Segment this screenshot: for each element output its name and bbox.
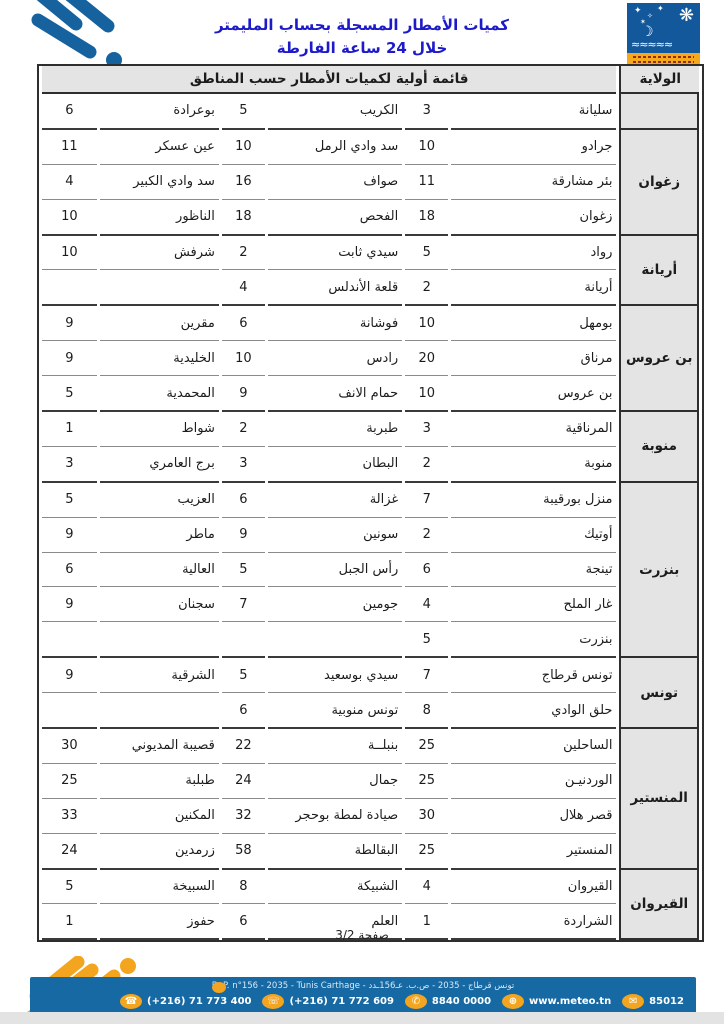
station-name: طبلبة	[100, 764, 219, 799]
rain-value: 25	[405, 729, 448, 764]
rain-value: 2	[222, 412, 265, 447]
wilaya-cell: تونس	[619, 658, 699, 729]
rain-value: 9	[42, 518, 97, 553]
station-name: حلق الوادي	[451, 693, 616, 729]
rain-value: 6	[222, 306, 265, 341]
footer-contact-text: 85012	[649, 996, 684, 1007]
rain-value: 7	[222, 587, 265, 622]
table-row: المنستيرالساحلين25بنبلــة22قصيبة المديون…	[42, 729, 699, 764]
station-name: البقالطة	[268, 834, 402, 870]
rain-value: 22	[222, 729, 265, 764]
rain-value: 9	[42, 587, 97, 622]
station-name: سيدي ثابت	[268, 236, 402, 271]
table-row: بن عروسبومهل10فوشانة6مقرين9	[42, 306, 699, 341]
page-bottom-edge	[0, 1012, 724, 1024]
rain-value: 9	[42, 341, 97, 376]
rain-value: 5	[42, 870, 97, 905]
station-name: بئر مشارقة	[451, 165, 616, 200]
rain-value: 9	[42, 658, 97, 693]
rain-value: 4	[405, 587, 448, 622]
wilaya-cell: بنزرت	[619, 483, 699, 658]
wilaya-cell: المنستير	[619, 729, 699, 870]
table-row: المنستير25البقالطة58زرمدين24	[42, 834, 699, 870]
table-row: أريانة2قلعة الأندلس4	[42, 270, 699, 306]
title-line-1: كميات الأمطار المسجلة بحساب المليمتر	[0, 14, 724, 37]
station-name: طبربة	[268, 412, 402, 447]
station-name	[100, 270, 219, 306]
rain-value: 7	[405, 658, 448, 693]
rain-value: 11	[405, 165, 448, 200]
station-name: القيروان	[451, 870, 616, 905]
rain-value: 9	[42, 306, 97, 341]
rain-value: 5	[42, 376, 97, 412]
rain-value: 32	[222, 799, 265, 834]
station-name: قلعة الأندلس	[268, 270, 402, 306]
station-name: قصيبة المديوني	[100, 729, 219, 764]
globe-icon: ⊕	[502, 994, 524, 1009]
rain-table-frame: الولاية قائمة أولية لكميات الأمطار حسب ا…	[37, 64, 704, 942]
station-name: تونس منوبية	[268, 693, 402, 729]
rain-value: 6	[42, 94, 97, 130]
station-name	[268, 622, 402, 658]
rain-value: 18	[405, 200, 448, 236]
rain-value: 8	[405, 693, 448, 729]
document-page: ✦ ✧ ✦ ✶ ❋ ☽ ≈≈≈≈≈ كميات الأمطار المسجلة …	[0, 0, 724, 1024]
station-name: سد وادي الكبير	[100, 165, 219, 200]
station-name: بن عروس	[451, 376, 616, 412]
mailbox-icon: ✉	[622, 994, 644, 1009]
table-row: سليانة3الكريب5بوعرادة6	[42, 94, 699, 130]
station-name: غزالة	[268, 483, 402, 518]
station-name: شواط	[100, 412, 219, 447]
rain-value: 5	[222, 94, 265, 130]
rain-value: 5	[405, 622, 448, 658]
station-name: العزيب	[100, 483, 219, 518]
rain-value: 4	[42, 165, 97, 200]
rain-value: 4	[222, 270, 265, 306]
rain-value: 3	[42, 447, 97, 483]
station-name: المنستير	[451, 834, 616, 870]
rain-table: الولاية قائمة أولية لكميات الأمطار حسب ا…	[39, 66, 702, 940]
station-name: سجنان	[100, 587, 219, 622]
station-name: مقرين	[100, 306, 219, 341]
station-name: شرفش	[100, 236, 219, 271]
table-row: تينجة6رأس الجبل5العالية6	[42, 553, 699, 588]
table-row: زغوان18الفحص18الناظور10	[42, 200, 699, 236]
rain-value: 11	[42, 130, 97, 165]
rain-value: 9	[222, 376, 265, 412]
rain-value: 25	[42, 764, 97, 799]
footer-contact-text: 8840 0000	[432, 996, 491, 1007]
fax-icon: ☏	[262, 994, 284, 1009]
station-name: الفحص	[268, 200, 402, 236]
rain-value: 10	[42, 236, 97, 271]
call-icon: ✆	[405, 994, 427, 1009]
station-name: البطان	[268, 447, 402, 483]
station-name: الكريب	[268, 94, 402, 130]
footer-address: B. P. n°156 - 2035 - Tunis Carthage - تو…	[30, 977, 696, 991]
station-name: رأس الجبل	[268, 553, 402, 588]
footer-contact-item: ☎(+216) 71 773 400	[120, 994, 252, 1009]
station-name: صواف	[268, 165, 402, 200]
table-row: حلق الوادي8تونس منوبية6	[42, 693, 699, 729]
station-name: تينجة	[451, 553, 616, 588]
station-name: الساحلين	[451, 729, 616, 764]
rain-value: 6	[222, 483, 265, 518]
footer-dot-icon	[212, 982, 226, 993]
footer-contact-text: www.meteo.tn	[529, 996, 611, 1007]
station-name	[100, 693, 219, 729]
table-row: منوبةالمرناقية3طبربة2شواط1	[42, 412, 699, 447]
footer-contact-text: (+216) 71 773 400	[147, 996, 252, 1007]
rain-value: 2	[222, 236, 265, 271]
table-row: قصر هلال30صيادة لمطة بوحجر32المكنين33	[42, 799, 699, 834]
footer-contact-text: (+216) 71 772 609	[289, 996, 394, 1007]
rain-value: 7	[405, 483, 448, 518]
rain-value: 24	[222, 764, 265, 799]
phone-icon: ☎	[120, 994, 142, 1009]
rain-value	[42, 622, 97, 658]
table-caption: قائمة أولية لكميات الأمطار حسب المناطق	[42, 66, 616, 94]
rain-value: 2	[405, 447, 448, 483]
station-name: مرناق	[451, 341, 616, 376]
rain-value: 6	[405, 553, 448, 588]
table-row: بئر مشارقة11صواف16سد وادي الكبير4	[42, 165, 699, 200]
wilaya-cell: بن عروس	[619, 306, 699, 412]
document-title: كميات الأمطار المسجلة بحساب المليمتر خلا…	[0, 14, 724, 61]
wilaya-cell: زغوان	[619, 130, 699, 236]
table-row: تونستونس قرطاج7سيدي بوسعيد5الشرقية9	[42, 658, 699, 693]
station-name: زغوان	[451, 200, 616, 236]
station-name: حمام الانف	[268, 376, 402, 412]
table-row: بنزرت5	[42, 622, 699, 658]
rain-value: 6	[222, 693, 265, 729]
station-name: غار الملح	[451, 587, 616, 622]
rain-value: 33	[42, 799, 97, 834]
rain-value: 10	[42, 200, 97, 236]
rain-value: 8	[222, 870, 265, 905]
rain-value: 58	[222, 834, 265, 870]
station-name: رادس	[268, 341, 402, 376]
station-name: الخليدية	[100, 341, 219, 376]
station-name: سليانة	[451, 94, 616, 130]
table-row: أوتيك2سونين9ماطر9	[42, 518, 699, 553]
rain-value: 24	[42, 834, 97, 870]
wilaya-cell: أريانة	[619, 236, 699, 307]
rain-value: 4	[405, 870, 448, 905]
station-name: عين عسكر	[100, 130, 219, 165]
rain-value: 6	[42, 553, 97, 588]
station-name: الشرقية	[100, 658, 219, 693]
table-row: غار الملح4جومين7سجنان9	[42, 587, 699, 622]
station-name: بوعرادة	[100, 94, 219, 130]
rain-value: 20	[405, 341, 448, 376]
station-name: سيدي بوسعيد	[268, 658, 402, 693]
table-row: مرناق20رادس10الخليدية9	[42, 341, 699, 376]
station-name: رواد	[451, 236, 616, 271]
rain-value: 5	[222, 553, 265, 588]
station-name: جمال	[268, 764, 402, 799]
station-name: فوشانة	[268, 306, 402, 341]
table-row: منوبة2البطان3برج العامري3	[42, 447, 699, 483]
rain-value: 10	[405, 130, 448, 165]
rain-value: 25	[405, 764, 448, 799]
rain-value: 18	[222, 200, 265, 236]
footer-contact-item: ☏(+216) 71 772 609	[262, 994, 394, 1009]
rain-value: 5	[222, 658, 265, 693]
station-name: بنزرت	[451, 622, 616, 658]
footer-contacts: ☎(+216) 71 773 400☏(+216) 71 772 609✆884…	[30, 991, 696, 1009]
station-name: تونس قرطاج	[451, 658, 616, 693]
footer-contact-item: ✆8840 0000	[405, 994, 491, 1009]
rain-value: 2	[405, 518, 448, 553]
star-icon: ✦	[657, 5, 664, 13]
station-name: الشبيكة	[268, 870, 402, 905]
rain-value: 16	[222, 165, 265, 200]
station-name: منزل بورقيبة	[451, 483, 616, 518]
rain-value: 10	[222, 341, 265, 376]
station-name: أريانة	[451, 270, 616, 306]
station-name: المكنين	[100, 799, 219, 834]
station-name: الوردنيـن	[451, 764, 616, 799]
table-row: بن عروس10حمام الانف9المحمدية5	[42, 376, 699, 412]
wilaya-cell: منوبة	[619, 412, 699, 483]
station-name: بومهل	[451, 306, 616, 341]
rain-value: 30	[405, 799, 448, 834]
station-name: قصر هلال	[451, 799, 616, 834]
wilaya-column-header: الولاية	[619, 66, 699, 94]
station-name: بنبلــة	[268, 729, 402, 764]
station-name: أوتيك	[451, 518, 616, 553]
station-name: الناظور	[100, 200, 219, 236]
station-name: المرناقية	[451, 412, 616, 447]
station-name: جومين	[268, 587, 402, 622]
station-name	[100, 622, 219, 658]
rain-value	[222, 622, 265, 658]
footer-contact-item: ✉85012	[622, 994, 684, 1009]
rain-value: 10	[405, 306, 448, 341]
rain-value	[42, 270, 97, 306]
station-name: سد وادي الرمل	[268, 130, 402, 165]
station-name: زرمدين	[100, 834, 219, 870]
rain-value: 9	[222, 518, 265, 553]
page-number: صفحة 3/2	[0, 928, 724, 942]
rain-value: 10	[405, 376, 448, 412]
table-row: زغوانجرادو10سد وادي الرمل10عين عسكر11	[42, 130, 699, 165]
station-name: ماطر	[100, 518, 219, 553]
rain-value: 10	[222, 130, 265, 165]
rain-value: 5	[405, 236, 448, 271]
table-header-row: الولاية قائمة أولية لكميات الأمطار حسب ا…	[42, 66, 699, 94]
table-row: القيروانالقيروان4الشبيكة8السبيخة5	[42, 870, 699, 905]
rain-value: 1	[42, 412, 97, 447]
station-name: سونين	[268, 518, 402, 553]
station-name: صيادة لمطة بوحجر	[268, 799, 402, 834]
title-line-2: خلال 24 ساعة الفارطة	[0, 37, 724, 60]
station-name: السبيخة	[100, 870, 219, 905]
wilaya-cell	[619, 94, 699, 130]
rain-value: 3	[405, 412, 448, 447]
station-name: برج العامري	[100, 447, 219, 483]
station-name: المحمدية	[100, 376, 219, 412]
rain-value	[42, 693, 97, 729]
rain-value: 25	[405, 834, 448, 870]
table-row: بنزرتمنزل بورقيبة7غزالة6العزيب5	[42, 483, 699, 518]
table-row: الوردنيـن25جمال24طبلبة25	[42, 764, 699, 799]
station-name: جرادو	[451, 130, 616, 165]
rain-value: 2	[405, 270, 448, 306]
station-name: العالية	[100, 553, 219, 588]
rain-value: 5	[42, 483, 97, 518]
rain-value: 30	[42, 729, 97, 764]
rain-value: 3	[222, 447, 265, 483]
table-row: أريانةرواد5سيدي ثابت2شرفش10	[42, 236, 699, 271]
rain-value: 3	[405, 94, 448, 130]
footer-contact-item: ⊕www.meteo.tn	[502, 994, 611, 1009]
station-name: منوبة	[451, 447, 616, 483]
rain-table-body: الولاية قائمة أولية لكميات الأمطار حسب ا…	[42, 66, 699, 940]
